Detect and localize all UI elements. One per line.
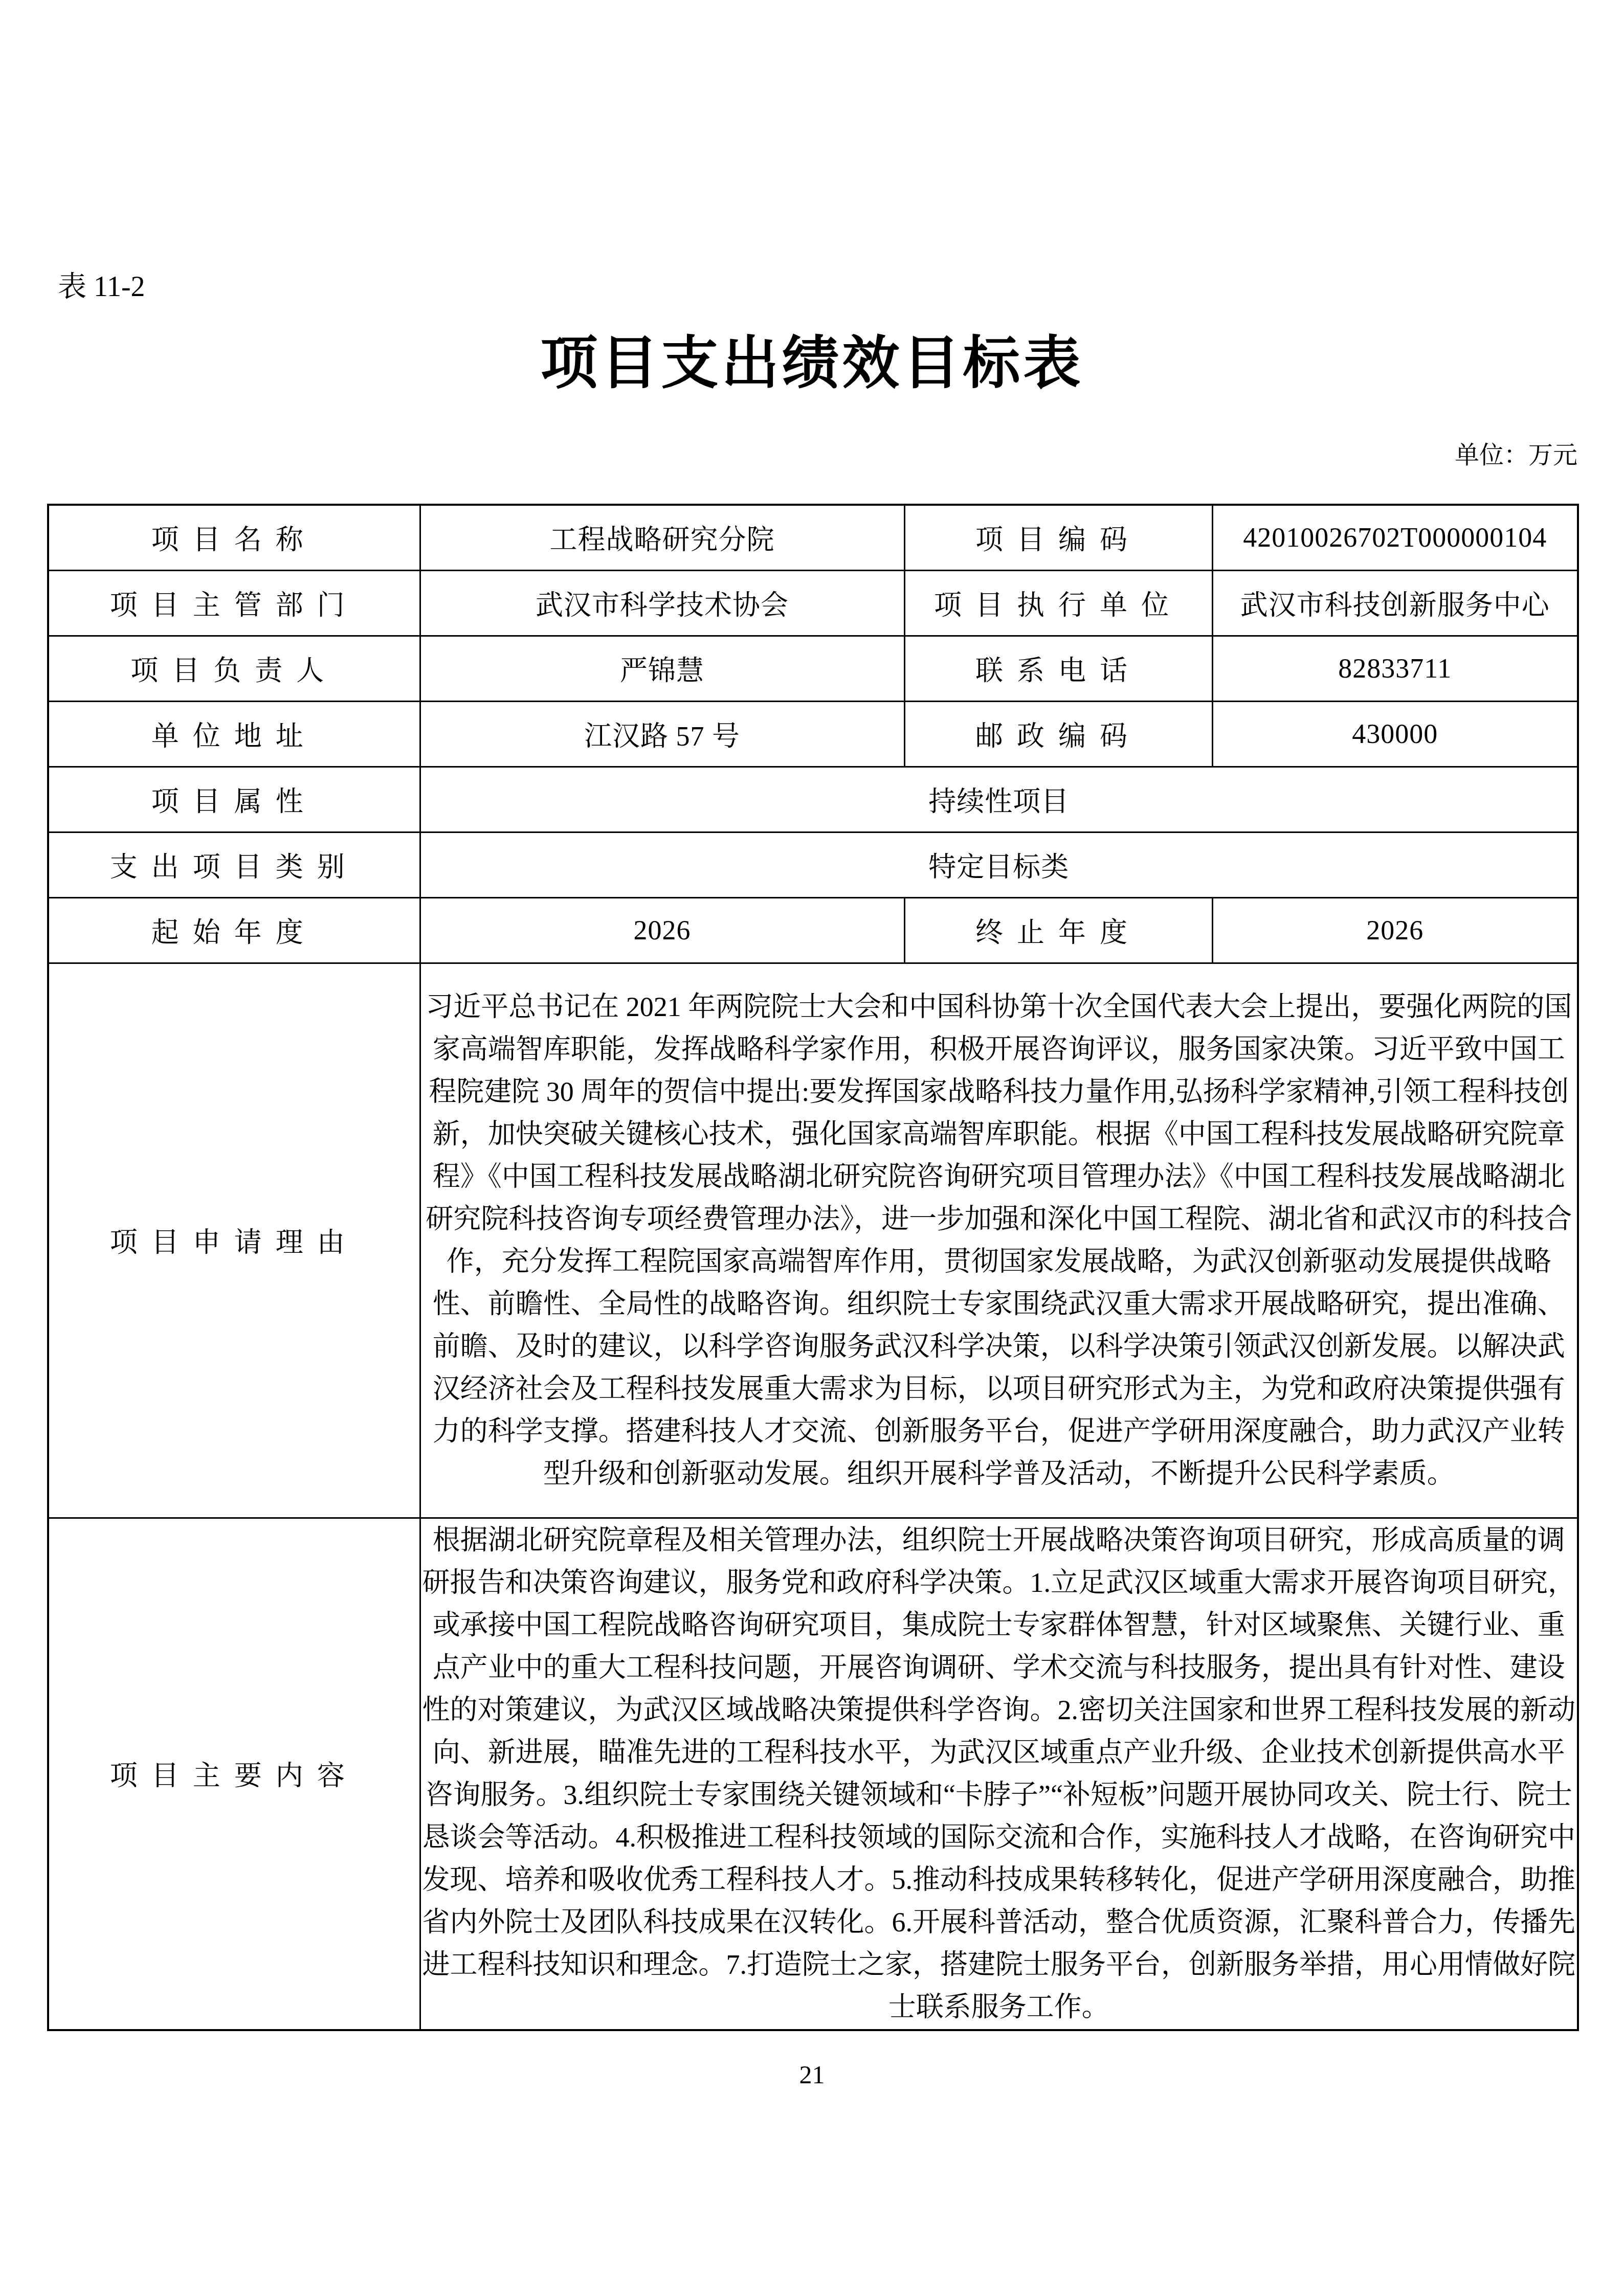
start-year-label: 起始年度 xyxy=(48,897,420,963)
supervising-department-label: 项目主管部门 xyxy=(48,570,420,636)
application-reason-label: 项目申请理由 xyxy=(48,963,420,1518)
table-row: 项目属性 持续性项目 xyxy=(48,767,1578,832)
page-title: 项目支出绩效目标表 xyxy=(0,327,1624,402)
start-year-value: 2026 xyxy=(420,897,904,963)
end-year-value: 2026 xyxy=(1212,897,1578,963)
project-code-value: 42010026702T000000104 xyxy=(1212,505,1578,570)
main-content-label: 项目主要内容 xyxy=(48,1518,420,2030)
table-row: 起始年度 2026 终止年度 2026 xyxy=(48,897,1578,963)
supervising-department-value: 武汉市科学技术协会 xyxy=(420,570,904,636)
project-leader-label: 项目负责人 xyxy=(48,636,420,701)
project-code-label: 项目编码 xyxy=(904,505,1212,570)
unit-address-label: 单位地址 xyxy=(48,701,420,767)
table-row: 项目申请理由 习近平总书记在 2021 年两院院士大会和中国科协第十次全国代表大… xyxy=(48,963,1578,1518)
contact-phone-value: 82833711 xyxy=(1212,636,1578,701)
table-row: 项目负责人 严锦慧 联系电话 82833711 xyxy=(48,636,1578,701)
unit-address-value: 江汉路 57 号 xyxy=(420,701,904,767)
postal-code-label: 邮政编码 xyxy=(904,701,1212,767)
expenditure-category-value: 特定目标类 xyxy=(420,832,1578,897)
table-row: 单位地址 江汉路 57 号 邮政编码 430000 xyxy=(48,701,1578,767)
project-name-label: 项目名称 xyxy=(48,505,420,570)
table-number-label: 表 11-2 xyxy=(58,270,145,304)
project-leader-value: 严锦慧 xyxy=(420,636,904,701)
table-row: 项目主管部门 武汉市科学技术协会 项目执行单位 武汉市科技创新服务中心 xyxy=(48,570,1578,636)
postal-code-value: 430000 xyxy=(1212,701,1578,767)
table-row: 项目名称 工程战略研究分院 项目编码 42010026702T000000104 xyxy=(48,505,1578,570)
expenditure-category-label: 支出项目类别 xyxy=(48,832,420,897)
document-page: 表 11-2 项目支出绩效目标表 单位：万元 项目名称 工程战略研究分院 项目编… xyxy=(0,0,1624,2296)
contact-phone-label: 联系电话 xyxy=(904,636,1212,701)
performance-target-table: 项目名称 工程战略研究分院 项目编码 42010026702T000000104… xyxy=(47,504,1579,2031)
project-attribute-label: 项目属性 xyxy=(48,767,420,832)
application-reason-text: 习近平总书记在 2021 年两院院士大会和中国科协第十次全国代表大会上提出，要强… xyxy=(420,963,1578,1518)
project-attribute-value: 持续性项目 xyxy=(420,767,1578,832)
main-content-text: 根据湖北研究院章程及相关管理办法，组织院士开展战略决策咨询项目研究，形成高质量的… xyxy=(420,1518,1578,2030)
executing-unit-label: 项目执行单位 xyxy=(904,570,1212,636)
unit-note: 单位：万元 xyxy=(1455,441,1577,470)
project-name-value: 工程战略研究分院 xyxy=(420,505,904,570)
executing-unit-value: 武汉市科技创新服务中心 xyxy=(1212,570,1578,636)
end-year-label: 终止年度 xyxy=(904,897,1212,963)
table-row: 项目主要内容 根据湖北研究院章程及相关管理办法，组织院士开展战略决策咨询项目研究… xyxy=(48,1518,1578,2030)
page-number: 21 xyxy=(0,2060,1624,2089)
table-row: 支出项目类别 特定目标类 xyxy=(48,832,1578,897)
